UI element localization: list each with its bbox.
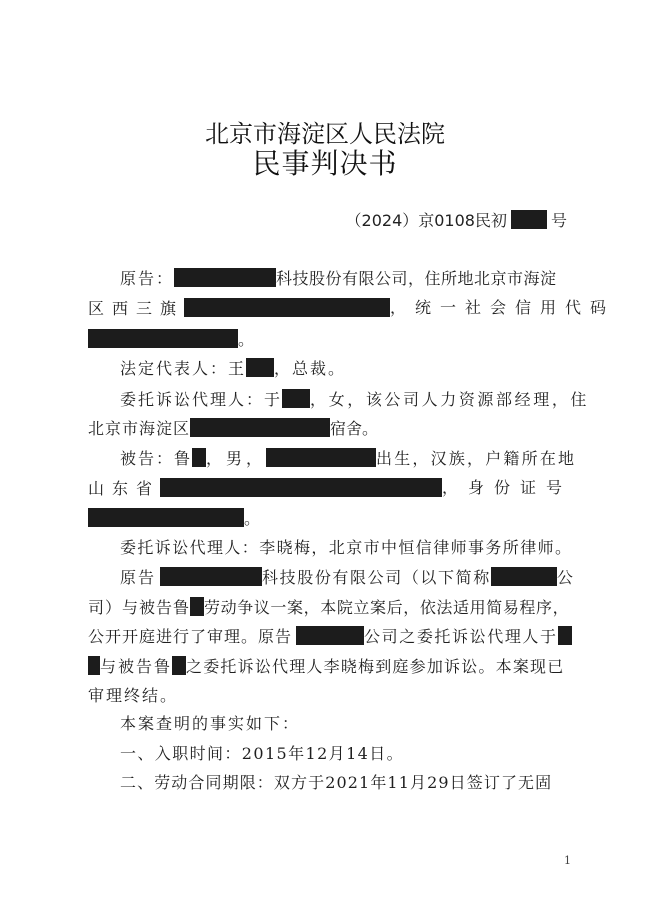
text: 。 — [244, 509, 260, 528]
legal-representative-line: 法定代表人：王，总裁。 — [88, 358, 568, 379]
case-line-1: 原告科技股份有限公司（以下简称公 — [88, 567, 568, 588]
document-title: 民事判决书 — [0, 142, 650, 182]
page-number: 1 — [564, 854, 571, 867]
redaction-box — [266, 448, 376, 467]
text: 司）与被告鲁 — [88, 598, 190, 617]
text: 原告： — [88, 269, 174, 288]
case-number-prefix: （2024）京0108民初 — [346, 211, 507, 230]
text: 公开开庭进行了审理。原告 — [88, 627, 292, 646]
plaintiff-line-3: 。 — [88, 329, 568, 350]
redaction-box — [190, 597, 204, 616]
text: 本案查明的事实如下： — [88, 714, 300, 733]
text: 之委托诉讼代理人李晓梅到庭参加诉讼。本案现已 — [186, 657, 564, 676]
seg: 区西三旗 — [88, 298, 390, 319]
text: 二、劳动合同期限：双方于2021年11月29日签订了无固 — [88, 773, 552, 792]
case-number: （2024）京0108民初号 — [346, 208, 567, 231]
text: 区西三旗 — [88, 299, 184, 318]
case-line-4: 与被告鲁之委托诉讼代理人李晓梅到庭参加诉讼。本案现已 — [88, 656, 568, 677]
redaction-box — [88, 656, 100, 675]
text: 出生，汉族，户籍所在地 — [376, 449, 576, 468]
agent2-line: 委托诉讼代理人：李晓梅，北京市中恒信律师事务所律师。 — [88, 538, 568, 558]
defendant-line-3: 。 — [88, 508, 568, 529]
defendant-line-2: 山东省 ，身份证号 — [88, 478, 568, 499]
plaintiff-line-1: 原告：科技股份有限公司，住所地北京市海淀 — [88, 268, 568, 289]
redaction-box — [184, 298, 390, 317]
seg: 山东省 — [88, 478, 442, 499]
redaction-box — [174, 268, 276, 287]
text: 审理终结。 — [88, 686, 178, 705]
text: 委托诉讼代理人：于 — [88, 390, 282, 409]
redaction-box — [296, 626, 364, 645]
text: 法定代表人：王 — [88, 359, 246, 378]
text: 与被告鲁 — [100, 657, 172, 676]
redaction-box — [491, 567, 557, 586]
plaintiff-line-2: 区西三旗 ，统一社会信用代码 — [88, 298, 568, 319]
text: 一、入职时间：2015年12月14日。 — [88, 744, 404, 763]
case-number-suffix: 号 — [551, 211, 567, 230]
redaction-box — [160, 478, 442, 497]
text: ，男， — [206, 449, 266, 468]
redaction-box — [88, 329, 238, 348]
text: 。 — [238, 330, 254, 349]
redaction-box — [511, 210, 547, 229]
text: 科技股份有限公司，住所地北京市海淀 — [276, 269, 557, 288]
text: 原告 — [88, 568, 156, 587]
fact-1: 一、入职时间：2015年12月14日。 — [88, 744, 568, 764]
text: 公 — [557, 568, 573, 587]
case-line-3: 公开开庭进行了审理。原告公司之委托诉讼代理人于 — [88, 626, 568, 647]
redaction-box — [246, 358, 274, 377]
redaction-box — [88, 508, 244, 527]
case-line-5: 审理终结。 — [88, 686, 568, 706]
text: 科技股份有限公司（以下简称 — [262, 568, 491, 587]
text: 宿舍。 — [330, 419, 378, 438]
defendant-line-1: 被告：鲁，男，出生，汉族，户籍所在地 — [88, 448, 568, 469]
text: 公司之委托诉讼代理人于 — [364, 627, 558, 646]
text: 山东省 — [88, 479, 160, 498]
text: ，身份证号 — [442, 478, 572, 499]
agent1-line-2: 北京市海淀区宿舍。 — [88, 418, 568, 439]
text: ，女，该公司人力资源部经理，住 — [310, 390, 589, 409]
redaction-box — [190, 418, 330, 437]
redaction-box — [282, 389, 310, 408]
text: 劳动争议一案，本院立案后，依法适用简易程序， — [204, 598, 569, 617]
text: 北京市海淀区 — [88, 419, 190, 438]
redaction-box — [558, 626, 572, 645]
fact-2: 二、劳动合同期限：双方于2021年11月29日签订了无固 — [88, 773, 568, 793]
document-page: 北京市海淀区人民法院 民事判决书 （2024）京0108民初号 原告：科技股份有… — [0, 0, 650, 919]
facts-intro: 本案查明的事实如下： — [88, 714, 568, 734]
text: ，总裁。 — [274, 359, 346, 378]
redaction-box — [192, 448, 206, 467]
redaction-box — [160, 567, 262, 586]
agent1-line-1: 委托诉讼代理人：于，女，该公司人力资源部经理，住 — [88, 389, 568, 410]
text: 委托诉讼代理人：李晓梅，北京市中恒信律师事务所律师。 — [88, 538, 572, 557]
text: ，统一社会信用代码 — [390, 298, 615, 319]
text: 被告：鲁 — [88, 449, 192, 468]
case-line-2: 司）与被告鲁劳动争议一案，本院立案后，依法适用简易程序， — [88, 597, 568, 618]
redaction-box — [172, 656, 186, 675]
